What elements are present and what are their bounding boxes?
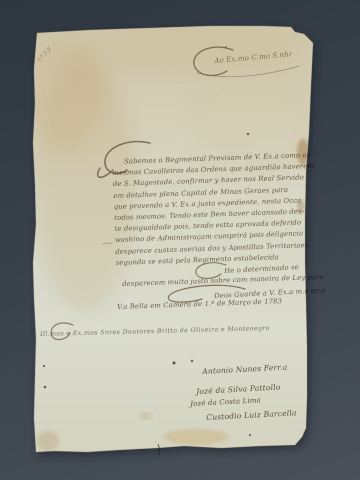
ink-speck [44,386,47,389]
ink-speck [249,434,251,436]
stain-mid-left [139,412,153,420]
photo-background: 17.3.9 Ao Ex.mo C.mo S.nhr Sabemos o Reg… [0,0,360,480]
ink-speck [173,362,176,365]
stain-bottom-left [37,431,59,451]
stain-right-edge-2 [297,200,305,214]
manuscript-paper-layer [0,0,360,480]
ink-speck [247,133,249,135]
ink-speck [43,365,45,367]
stain-center [188,63,312,187]
ink-speck [191,360,193,362]
stain-bottom-center [164,429,228,445]
